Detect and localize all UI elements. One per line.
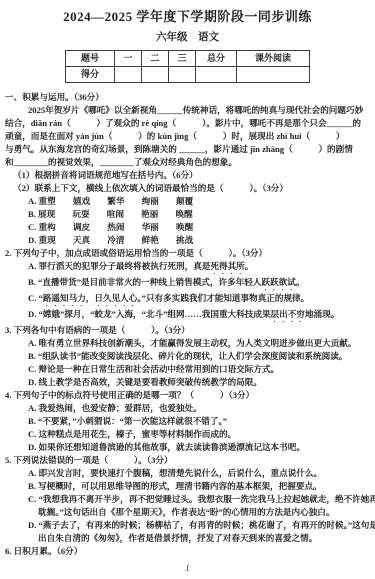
page-number: 1 (0, 563, 375, 573)
score-cell-empty (115, 67, 142, 83)
text-line: A. 即兴发言时，要快速打个腹稿，想清楚先说什么，后说什么，重点说什么。 (5, 467, 372, 480)
score-table-cell: 课外阅读 (237, 51, 310, 67)
score-table-cell: 题号 (66, 51, 115, 67)
text-line: D. “燕子去了，有再来的时候；杨柳枯了，有再青的时候；桃花谢了，有再开的时候。… (5, 519, 372, 532)
text-line: D. 重现 天真 冷清 鲜艳 挑战 (5, 234, 372, 247)
score-table: 题号 一 二 三 总分 课外阅读 得分 (65, 50, 310, 83)
score-table-cell: 三 (169, 51, 196, 67)
score-cell-empty (169, 67, 196, 83)
text-line: 耽搁。”这句话出自《那个星期天》，作者表达“盼”的心情用的方法是内心独白。 (5, 506, 372, 519)
text-line: D. 线上教学是否高效，关键是要看教师突破传统教学的局限。 (5, 376, 372, 389)
text-line: 与勇气。从东海龙宫的奇幻场景，到陈塘关的 ______，影片通过 jǐn zhā… (5, 143, 372, 156)
score-table-cell: 得分 (66, 67, 115, 83)
text-line: C. 这种糕点是用花生，榛子，蜜枣等材料制作而成的。 (5, 428, 372, 441)
score-table-header-row: 题号 一 二 三 总分 课外阅读 (66, 51, 310, 67)
text-line: C. 辩论是一种在日常生活和社会活动中经常用到的口语交际方式。 (5, 363, 372, 376)
emphasized-idiom: 路遥知马力，日久见人心 (43, 293, 138, 303)
text-line: 一、积累与运用。（36分） (5, 91, 372, 104)
text-line: 3. 下列各句中有语病的一项是（ ）。（3分） (5, 324, 372, 337)
score-table-cell: 二 (142, 51, 169, 67)
page-subtitle: 六年级 语文 (0, 29, 375, 44)
text-line: 4. 下列句子中的标点符号使用正确的是哪一项？（ ）（3分） (5, 389, 372, 402)
emphasized-idiom: 层出不穷 (271, 309, 305, 319)
text-line: 2. 下列句子中，加点成语或俗语运用恰当的一项是（ ）。（3分） (5, 247, 372, 260)
text-line: C. “我想我再不离开半步，再不把觉睡过头。我想衣服一洗完我马上拉起她就走，绝不… (5, 493, 372, 506)
text-line: （1）根据拼音将词语规范地写在括号内。（6分） (5, 169, 372, 182)
text-line: 出自朱自清的《匆匆》，作者是借景抒情，抒发了对春天到来的喜爱之情。 (5, 532, 372, 545)
text-line: A. 唯有勇立世界科技创新潮头，才能赢得发展主动权，为人类文明进步做出更大贡献。 (5, 337, 372, 350)
exam-paper-page: 2024—2025 学年度下学期阶段一同步训练 六年级 语文 题号 一 二 三 … (0, 0, 375, 579)
text-line: D. “嫦娥”探月，“蛟龙”入海，“北斗”组网……我国重大科技成果层出不穷地涌现… (5, 308, 372, 324)
text-line: （2）联系上下文，横线上依次填入的词语最恰当的是（ ）。（3分） (5, 182, 372, 195)
text-line: C. 重构 调皮 热闹 华丽 唤醒 (5, 221, 372, 234)
text-line: B. “直播带货”是目前非常火的一种线上销售模式，许多年轻人跃跃欲试。 (5, 276, 372, 292)
text-line: 2025年贺岁片《哪吒》以全新视角______传统神话，将哪吒的纯真与现代社会的… (5, 104, 372, 117)
score-table-cell: 一 (115, 51, 142, 67)
text-line: B. 写梗概时，可以用思维导图的形式，理清书籍内容的基本框架，把握要点。 (5, 480, 372, 493)
score-table-cell: 总分 (196, 51, 237, 67)
text-line: 和________的视觉效果，________了观众对经典角色的想象。 (5, 156, 372, 169)
text-line: C. “路遥知马力，日久见人心。”只有多实践我们才能知道事物真正的规律。 (5, 292, 372, 308)
text-line: A. 重塑 嬉戏 繁华 绚丽 颠覆 (5, 195, 372, 208)
text-line: D. 如果你还想知道鲁滨逊的其他故事，就去读读鲁滨逊漂流记这本书吧。 (5, 441, 372, 454)
text-line: B. “组队读书”能改变阅读浅层化、碎片化的现状，让人们学会深度阅读和系统阅读。 (5, 350, 372, 363)
text-line: B. “不要紧，”小刺猬说：“第一次能这样就很不错了。” (5, 415, 372, 428)
text-line: 6. 日积月累。（6分） (5, 545, 372, 558)
text-line: B. 展现 玩耍 喧闹 艳丽 唤醒 (5, 208, 372, 221)
score-cell-empty (196, 67, 237, 83)
page-title: 2024—2025 学年度下学期阶段一同步训练 (0, 0, 375, 25)
score-cell-empty (142, 67, 169, 83)
emphasized-idiom: 跃跃欲试 (261, 277, 295, 287)
text-line: 顽童，而是在面对 yán jùn（ ）的 kùn jìng（ ）时，展现出 zh… (5, 130, 372, 143)
text-line: 结合，diǎn rán（ ）了观众的 rè qíng（ ）。影片中，哪吒不再是那… (5, 117, 372, 130)
text-line: A. 罪行滔天的犯罪分子最终将被执行死刑，真是死得其所。 (5, 260, 372, 276)
score-cell-empty (237, 67, 310, 83)
text-line: A. 我爱热闹，也爱安静；爱群居，也爱独处。 (5, 402, 372, 415)
score-table-score-row: 得分 (66, 67, 310, 83)
emphasized-idiom: 死得其所 (210, 261, 244, 271)
text-line: 5. 下列说法错误的一项是（ ）。（3分） (5, 454, 372, 467)
exam-body: 一、积累与运用。（36分）2025年贺岁片《哪吒》以全新视角______传统神话… (0, 83, 375, 558)
